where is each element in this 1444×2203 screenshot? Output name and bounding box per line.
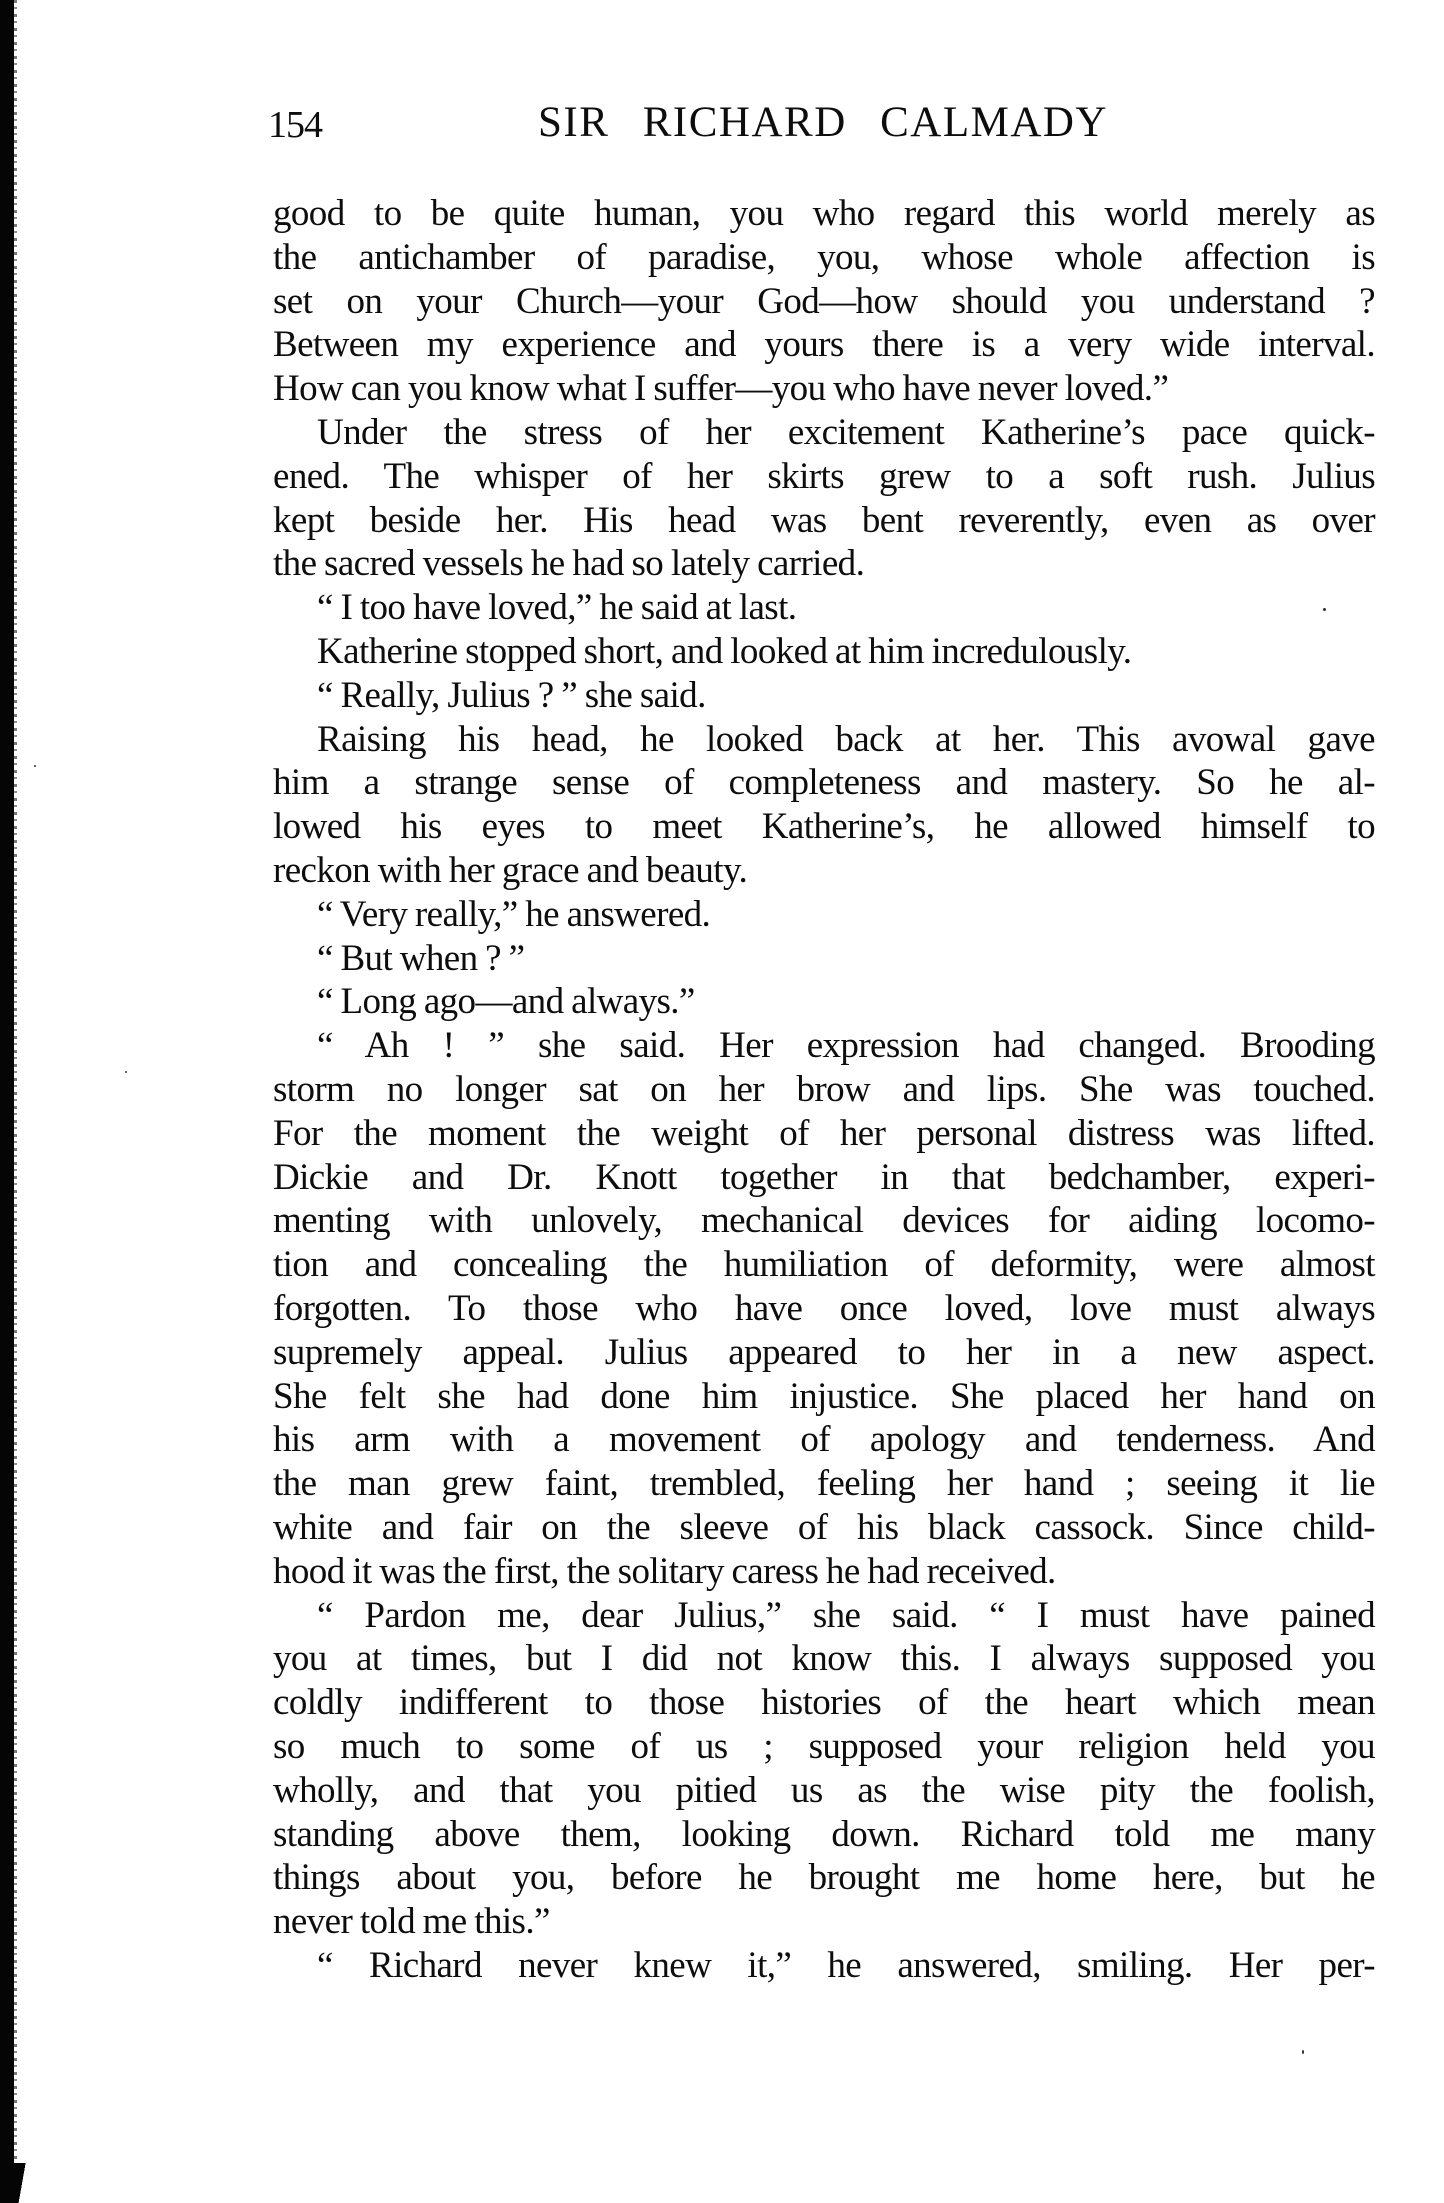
text-line: Between my experience and yours there is… [273, 323, 1375, 367]
text-line: you at times, but I did not know this. I… [273, 1637, 1375, 1681]
text-line: She felt she had done him injustice. She… [273, 1375, 1375, 1419]
text-line: the sacred vessels he had so lately carr… [273, 542, 864, 586]
text-line: tion and concealing the humiliation of d… [273, 1243, 1375, 1287]
text-line: Under the stress of her excitement Kathe… [317, 411, 1375, 455]
scan-speck [1323, 608, 1326, 611]
text-line: ened. The whisper of her skirts grew to … [273, 455, 1375, 499]
text-line: supremely appeal. Julius appeared to her… [273, 1331, 1375, 1375]
text-line: storm no longer sat on her brow and lips… [273, 1068, 1375, 1112]
text-line: the antichamber of paradise, you, whose … [273, 236, 1375, 280]
scan-speck [125, 1071, 127, 1073]
text-line: standing above them, looking down. Richa… [273, 1813, 1375, 1857]
running-title: SIR RICHARD CALMADY [538, 100, 1108, 146]
scan-binding-edge [0, 0, 14, 2203]
text-line: For the moment the weight of her persona… [273, 1112, 1375, 1156]
text-line: so much to some of us ; supposed your re… [273, 1725, 1375, 1769]
text-line: the man grew faint, trembled, feeling he… [273, 1462, 1375, 1506]
text-line: “ Long ago—and always.” [317, 980, 1375, 1024]
page-number: 154 [268, 106, 322, 144]
text-line: Katherine stopped short, and looked at h… [317, 630, 1375, 674]
running-header: 154 SIR RICHARD CALMADY [0, 100, 1444, 150]
text-line: How can you know what I suffer—you who h… [273, 367, 1168, 411]
text-line: “ Pardon me, dear Julius,” she said. “ I… [317, 1594, 1375, 1638]
scan-speck [1302, 2050, 1304, 2054]
scan-speck [34, 765, 36, 767]
text-line: kept beside her. His head was bent rever… [273, 499, 1375, 543]
text-line: menting with unlovely, mechanical device… [273, 1199, 1375, 1243]
text-line: never told me this.” [273, 1900, 550, 1944]
text-line: wholly, and that you pitied us as the wi… [273, 1769, 1375, 1813]
scan-binding-shadow [14, 2163, 36, 2203]
text-line: him a strange sense of completeness and … [273, 761, 1375, 805]
text-line: white and fair on the sleeve of his blac… [273, 1506, 1375, 1550]
text-line: Dickie and Dr. Knott together in that be… [273, 1156, 1375, 1200]
text-line: “ Ah ! ” she said. Her expression had ch… [317, 1024, 1375, 1068]
text-line: his arm with a movement of apology and t… [273, 1418, 1375, 1462]
text-line: “ But when ? ” [317, 937, 1375, 981]
text-line: reckon with her grace and beauty. [273, 849, 747, 893]
text-line: “ I too have loved,” he said at last. [317, 586, 1375, 630]
book-page: 154 SIR RICHARD CALMADY good to be quite… [0, 0, 1444, 2203]
text-line: coldly indifferent to those histories of… [273, 1681, 1375, 1725]
text-line: things about you, before he brought me h… [273, 1856, 1375, 1900]
text-line: set on your Church—your God—how should y… [273, 280, 1375, 324]
text-line: “ Richard never knew it,” he answered, s… [317, 1944, 1375, 1988]
text-line: lowed his eyes to meet Katherine’s, he a… [273, 805, 1375, 849]
text-line: “ Really, Julius ? ” she said. [317, 674, 1375, 718]
text-line: “ Very really,” he answered. [317, 893, 1375, 937]
text-line: hood it was the first, the solitary care… [273, 1550, 1056, 1594]
text-line: Raising his head, he looked back at her.… [317, 718, 1375, 762]
text-line: forgotten. To those who have once loved,… [273, 1287, 1375, 1331]
text-line: good to be quite human, you who regard t… [273, 192, 1375, 236]
